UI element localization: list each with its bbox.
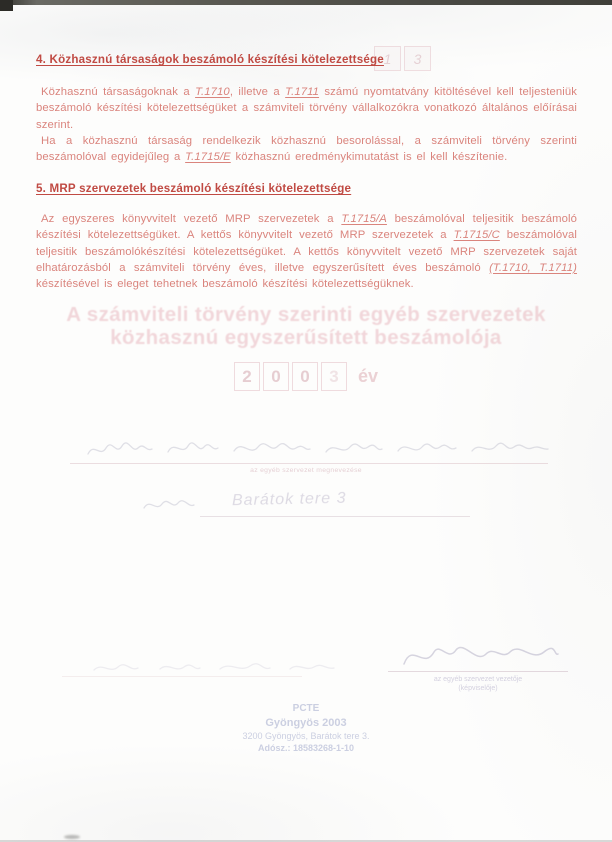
signature-rule: [388, 671, 568, 672]
ghost-name-caption: az egyéb szervezet megnevezése: [156, 467, 456, 474]
text-run: , illetve a: [230, 86, 285, 98]
scanned-document-page: 1 3 4. Közhasznú társaságok beszámoló ké…: [0, 0, 612, 842]
ghost-date-rule: [62, 676, 302, 677]
section-5-heading: 5. MRP szervezetek beszámoló készítési k…: [36, 182, 581, 195]
section-5-paragraph-1: Az egyszeres könyvvitelt vezető MRP szer…: [36, 211, 577, 292]
form-number-ref: T.1715/A: [341, 213, 387, 225]
section-4-paragraph-1: Közhasznú társaságoknak a T.1710, illetv…: [36, 84, 577, 133]
stamp-tax-number: Adósz.: 18583268-1-10: [0, 742, 612, 754]
form-number-ref: T.1711: [285, 86, 319, 98]
handwritten-postcode-ghost: [140, 494, 210, 516]
ghost-form-title: A számviteli törvény szerinti egyéb szer…: [0, 303, 612, 349]
ghost-year-digit: 0: [263, 362, 289, 391]
signature-caption-line2: (képviselője): [388, 684, 568, 693]
signature-caption: az egyéb szervezet vezetője (képviselője…: [388, 675, 568, 693]
stamp-org-name: PCTE: [0, 702, 612, 716]
form-number-ref: (T.1710, T.1711): [489, 262, 577, 274]
form-number-ref: T.1715/C: [454, 229, 500, 241]
ghost-year-digit: 0: [292, 362, 318, 391]
section-4-heading: 4. Közhasznú társaságok beszámoló készít…: [36, 53, 581, 66]
section-4-body: Közhasznú társaságoknak a T.1710, illetv…: [36, 84, 577, 165]
text-run: Közhasznú társaságoknak a: [41, 86, 195, 98]
handwritten-address-ghost: Barátok tere 3: [232, 490, 347, 510]
handwritten-date-ghost: [90, 658, 350, 678]
ghost-address-rule: [200, 516, 470, 517]
text-run: Az egyszeres könyvvitelt vezető MRP szer…: [41, 213, 341, 225]
ghost-name-rule: [70, 463, 548, 464]
signature-caption-line1: az egyéb szervezet vezetője: [388, 675, 568, 684]
text-run: közhasznú eredménykimutatást is el kell …: [231, 151, 508, 163]
stamp-ghost: PCTE Gyöngyös 2003 3200 Gyöngyös, Baráto…: [0, 702, 612, 755]
form-number-ref: T.1710: [195, 86, 230, 98]
signature-ghost: [398, 644, 563, 670]
form-number-ref: T.1715/E: [185, 151, 231, 163]
scanner-edge-top: [0, 0, 612, 5]
section-5-body: Az egyszeres könyvvitelt vezető MRP szer…: [36, 211, 577, 292]
stamp-city-year: Gyöngyös 2003: [0, 716, 612, 731]
handwritten-name-ghost: [84, 438, 554, 464]
ghost-year-label: év: [358, 366, 378, 387]
ghost-year-digit: 2: [234, 362, 260, 391]
stamp-address: 3200 Gyöngyös, Barátok tere 3.: [0, 730, 612, 742]
text-run: készítésével is eleget tehetnek beszámol…: [36, 278, 414, 290]
scan-smudge: [64, 835, 80, 839]
ghost-form-title-line2: közhasznú egyszerűsített beszámolója: [0, 326, 612, 349]
scanner-edge-corner: [0, 0, 13, 11]
section-4-paragraph-2: Ha a közhasznú társaság rendelkezik közh…: [36, 133, 577, 166]
ghost-year-row: 2 0 0 3 év: [0, 362, 612, 391]
ghost-form-title-line1: A számviteli törvény szerinti egyéb szer…: [0, 303, 612, 326]
ghost-year-digit: 3: [321, 362, 347, 391]
